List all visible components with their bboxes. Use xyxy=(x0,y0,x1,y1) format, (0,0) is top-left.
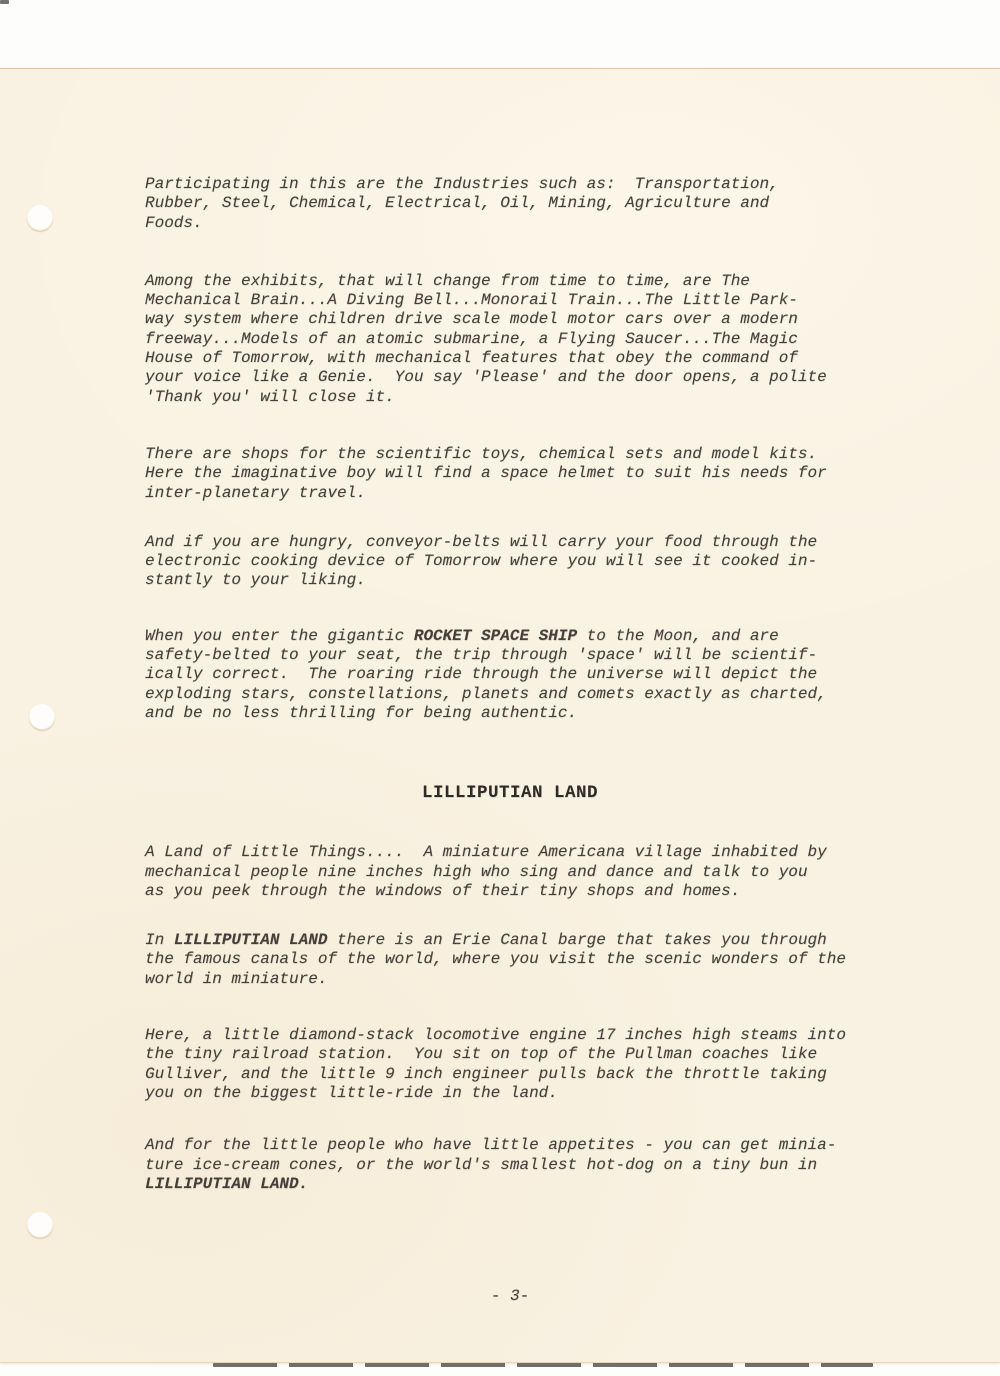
text-line: LILLIPUTIAN LAND xyxy=(145,782,875,804)
paragraph: When you enter the gigantic ROCKET SPACE… xyxy=(145,627,875,723)
text-line: Here the imaginative boy will find a spa… xyxy=(145,464,875,483)
text-line: Among the exhibits, that will change fro… xyxy=(145,272,875,291)
text-line: your voice like a Genie. You say 'Please… xyxy=(145,368,875,387)
text-line: Here, a little diamond-stack locomotive … xyxy=(145,1026,875,1045)
text-line: A Land of Little Things.... A miniature … xyxy=(145,843,875,862)
scanned-page: Participating in this are the Industries… xyxy=(0,0,1000,1376)
text-line: the famous canals of the world, where yo… xyxy=(145,950,875,969)
paragraph: And for the little people who have littl… xyxy=(145,1136,875,1194)
text-line: In LILLIPUTIAN LAND there is an Erie Can… xyxy=(145,931,875,950)
text-line: and be no less thrilling for being authe… xyxy=(145,704,875,723)
hole-punch xyxy=(27,1212,53,1238)
paragraph: Among the exhibits, that will change fro… xyxy=(145,272,875,407)
text-line: the tiny railroad station. You sit on to… xyxy=(145,1045,875,1064)
scan-artifact-bottom-edge xyxy=(213,1363,873,1367)
text-line: exploding stars, constellations, planets… xyxy=(145,685,875,704)
paragraph: A Land of Little Things.... A miniature … xyxy=(145,843,875,901)
text-line: Mechanical Brain...A Diving Bell...Monor… xyxy=(145,291,875,310)
text-line: When you enter the gigantic ROCKET SPACE… xyxy=(145,627,875,646)
text-line: Foods. xyxy=(145,214,875,233)
text-line: ically correct. The roaring ride through… xyxy=(145,665,875,684)
text-line: you on the biggest little-ride in the la… xyxy=(145,1084,875,1103)
text-line: stantly to your liking. xyxy=(145,571,875,590)
text-line: - 3- xyxy=(145,1287,875,1306)
text-line: mechanical people nine inches high who s… xyxy=(145,863,875,882)
scan-artifact-top-edge xyxy=(0,0,9,4)
text-line: electronic cooking device of Tomorrow wh… xyxy=(145,552,875,571)
document-text: Participating in this are the Industries… xyxy=(145,175,875,1306)
text-line: as you peek through the windows of their… xyxy=(145,882,875,901)
paragraph: And if you are hungry, conveyor-belts wi… xyxy=(145,533,875,591)
text-line: inter-planetary travel. xyxy=(145,484,875,503)
text-line: Gulliver, and the little 9 inch engineer… xyxy=(145,1065,875,1084)
text-line: 'Thank you' will close it. xyxy=(145,388,875,407)
paragraph: In LILLIPUTIAN LAND there is an Erie Can… xyxy=(145,931,875,989)
paragraph: There are shops for the scientific toys,… xyxy=(145,445,875,503)
section-heading: LILLIPUTIAN LAND xyxy=(145,782,875,804)
text-line: House of Tomorrow, with mechanical featu… xyxy=(145,349,875,368)
paragraph: Here, a little diamond-stack locomotive … xyxy=(145,1026,875,1103)
hole-punch xyxy=(27,205,53,231)
text-line: LILLIPUTIAN LAND. xyxy=(145,1175,875,1194)
text-line: world in miniature. xyxy=(145,970,875,989)
text-line: way system where children drive scale mo… xyxy=(145,310,875,329)
page-number: - 3- xyxy=(145,1287,875,1306)
text-line: Participating in this are the Industries… xyxy=(145,175,875,194)
text-line: ture ice-cream cones, or the world's sma… xyxy=(145,1156,875,1175)
paragraph: Participating in this are the Industries… xyxy=(145,175,875,233)
text-line: And for the little people who have littl… xyxy=(145,1136,875,1155)
text-line: freeway...Models of an atomic submarine,… xyxy=(145,330,875,349)
text-line: Rubber, Steel, Chemical, Electrical, Oil… xyxy=(145,194,875,213)
text-line: And if you are hungry, conveyor-belts wi… xyxy=(145,533,875,552)
hole-punch xyxy=(29,704,55,730)
text-line: safety-belted to your seat, the trip thr… xyxy=(145,646,875,665)
text-line: There are shops for the scientific toys,… xyxy=(145,445,875,464)
